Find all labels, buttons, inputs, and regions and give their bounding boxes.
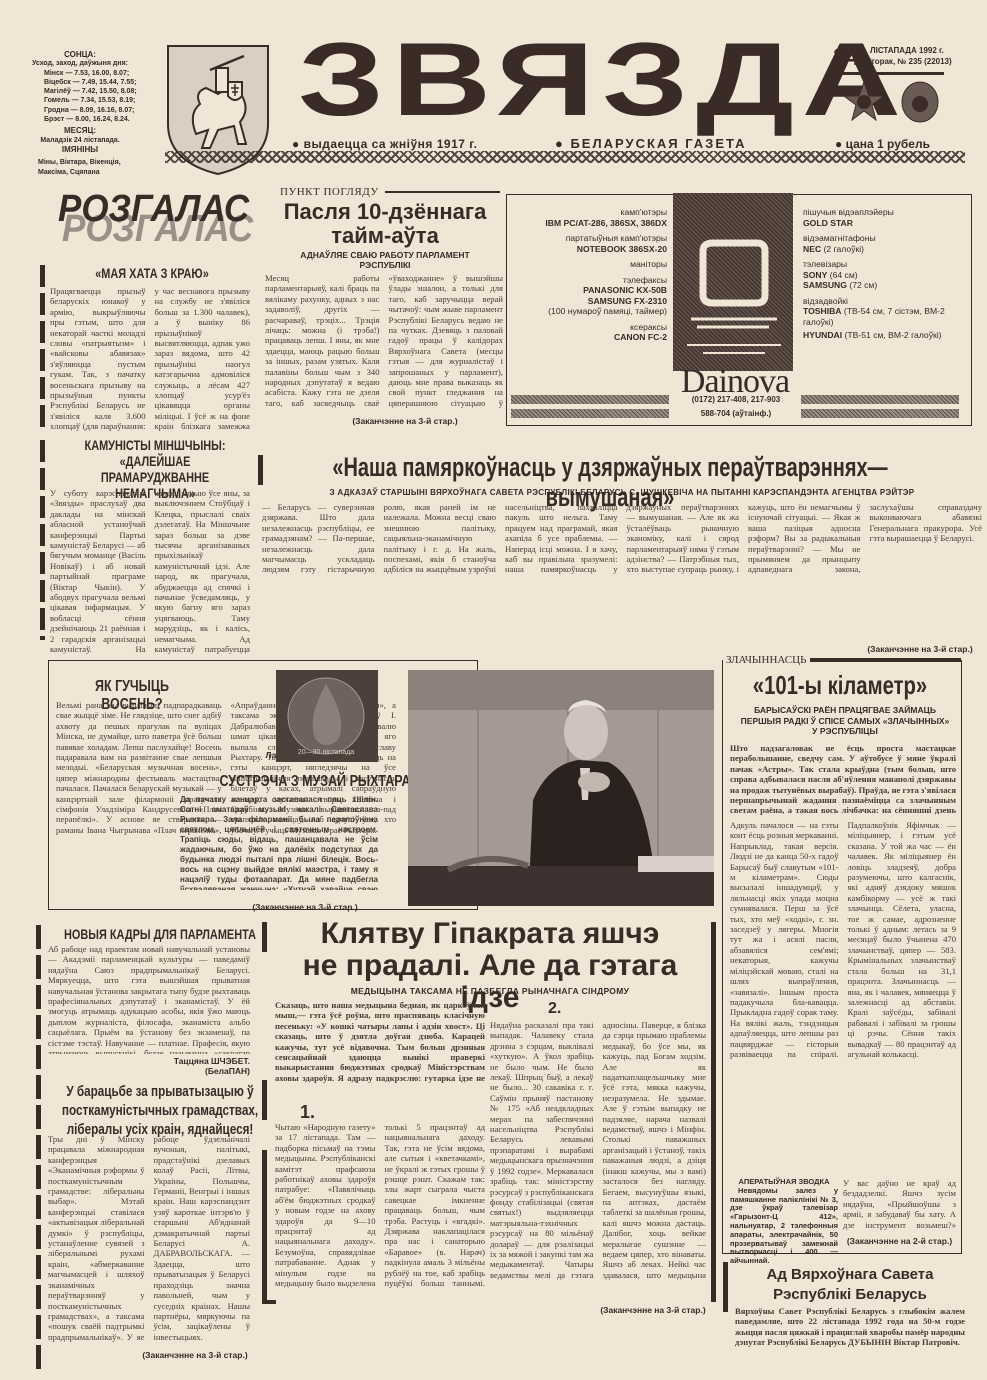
ad-note: (64 см) (830, 270, 858, 280)
ad-note: (ТВ-51 см, ВМ-2 галоўкі) (845, 330, 942, 340)
ad-label: ксераксы (511, 322, 667, 333)
column-rule (40, 265, 45, 430)
ad-label: відзадвойкі (803, 296, 971, 307)
issue-rule (840, 72, 944, 75)
klyatvu-title-line1: Клятву Гіпакрата яшчэ (270, 918, 710, 950)
ornament-band (165, 151, 965, 163)
masthead-since: ● выдаецца са жніўня 1917 г. (292, 137, 477, 151)
ad-value: NOTEBOOK 386SX-20 (511, 244, 667, 255)
order-star-icon (842, 80, 886, 124)
sustrecha-body: Да пачатку канцэрта заставалася пяць хві… (180, 795, 378, 890)
operative-summary: АПЕРАТЫЎНАЯ ЗВОДКА Невядомы залез у памя… (730, 1178, 838, 1266)
nasha-subtitle: З АДКАЗАЎ СТАРШЫНІ ВЯРХОЎНАГА САВЕТА РЭС… (262, 488, 982, 497)
ad-label: тэлевізары (803, 259, 971, 270)
punkt-rubric-rule (385, 191, 500, 193)
ad-value-row: NEC (2 галоўкі) (803, 244, 971, 255)
zlachynnasc-title: «101-ы кіламетр» (723, 670, 957, 700)
section-number-1: 1. (300, 1102, 315, 1123)
issue-day: 24 (833, 44, 860, 72)
ad-label: партатыўныя камп'ютэры (511, 233, 667, 244)
ad-value: TOSHIBA (803, 306, 842, 316)
column-rule-bottom (262, 1300, 276, 1304)
barachbe-title: У барацьбе за прыватызацыю ў посткамуніс… (59, 1082, 262, 1139)
punkt-continuation: (Заканчэнне на 3-й стар.) (310, 416, 500, 426)
festival-badge-photo: 20—30 лістапада (276, 670, 378, 762)
rozgalas-title: «МАЯ ХАТА З КРАЮ» (74, 265, 230, 281)
ad-right-list: пішучыя відэаплэйеры GOLD STAR відэамагн… (803, 207, 971, 341)
novyya-signature: Таццяна ШЧЭБЕТ. (БелаПАН) (150, 1056, 250, 1076)
nasha-continuation: (Заканчэнне на 3-й стар.) (860, 644, 980, 654)
zlachynnasc-subtitle: БАРЫСАЎСКІ РАЁН ПРАЦЯГВАЕ ЗАЙМАЦЬ ПЕРШЫЯ… (740, 705, 950, 737)
ad-label: відэамагнітафоны (803, 233, 971, 244)
column-rule (723, 1262, 728, 1312)
ad-value-row: TOSHIBA (ТВ-54 см, 7 сістэм, ВМ-2 галоўк… (803, 306, 971, 327)
rozgalas-rubric: РОЗГАЛАС РОЗГАЛАС (58, 188, 248, 252)
punkt-body: Месяц работы парламентарыяў, калі браць … (265, 273, 503, 411)
masthead-price: ● цана 1 рубель (835, 137, 930, 151)
novyya-title: НОВЫЯ КАДРЫ ДЛЯ ПАРЛАМЕНТА (59, 926, 262, 942)
klyatvu-section-2: Нядаўна расказалі пра такі выпадак. Чала… (490, 1020, 706, 1290)
column-rule (711, 922, 716, 1302)
names-title: ІМЯНІНЫ (10, 145, 150, 154)
svg-text:20—30 лістапада: 20—30 лістапада (298, 748, 354, 756)
ad-note: (2 галоўкі) (824, 244, 864, 254)
names-text: Міны, Віктара, Вікенція, Максіма, Сцяпан… (10, 158, 150, 177)
sustrecha-title: СУСТРЭЧА З МУЗАЙ РЫХТАРА (210, 773, 421, 791)
punkt-subtitle: АДНАЎЛЯЕ СВАЮ РАБОТУ ПАРЛАМЕНТ РЭСПУБЛІК… (300, 250, 470, 270)
city-brest: Брэст — 8.00, 16.24, 8.24. (44, 115, 150, 124)
section-number-2: 2. (548, 1000, 561, 1018)
city-minsk: Мінск — 7.53, 16.00, 8.07; (44, 69, 150, 78)
zlachynnasc-tail: У вас даўно не краў ад бездадзелкі. Яшчэ… (843, 1178, 956, 1230)
ad-value: PANASONIC KX-50B SAMSUNG FX-2310 (511, 285, 667, 306)
ad-left-list: камп'ютэры IBM PC/AT-286, 386SX, 386DX п… (511, 207, 667, 343)
masthead-title: ЗВЯЗДА (298, 28, 909, 132)
column-rule (262, 1080, 267, 1120)
city-mahilyou: Магілёў — 7.42, 15.50, 8.08; (44, 87, 150, 96)
ad-note: (72 см) (849, 280, 877, 290)
barachbe-continuation: (Заканчэнне на 3-й стар.) (140, 1350, 250, 1360)
obituary-body: Вярхоўны Савет Рэспублікі Беларусь з глы… (735, 1306, 965, 1350)
ad-value-row: SONY (64 см) (803, 270, 971, 281)
ad-value: GOLD STAR (803, 218, 971, 229)
column-rule (40, 440, 45, 640)
nasha-body: — Беларусь — суверэнная дзяржава. Што да… (262, 502, 982, 640)
sustrecha-continuation: (Заканчэнне на 3-й стар.) (230, 902, 380, 912)
ad-label: пішучыя відэаплэйеры (803, 207, 971, 218)
masthead-tagline: ● БЕЛАРУСКАЯ ГАЗЕТА (555, 136, 747, 151)
novyya-body: Аб рабоце над праектам новай навучальнай… (48, 944, 250, 1054)
dainova-ad: камп'ютэры IBM PC/AT-286, 386SX, 386DX п… (506, 194, 972, 426)
klyatvu-lead: Сказаць, што наша медыцына бедная, як ца… (275, 1000, 485, 1084)
order-lenin-icon (900, 80, 940, 124)
klyatvu-continuation: (Заканчэнне на 3-й стар.) (600, 1305, 706, 1315)
punkt-rubric-label: ПУНКТ ПОГЛЯДУ (280, 186, 379, 198)
city-hrodna: Гродна — 8.09, 16.16, 8.07; (44, 106, 150, 115)
punkt-rubric: ПУНКТ ПОГЛЯДУ (280, 186, 500, 198)
ad-value-row: SAMSUNG (72 см) (803, 280, 971, 291)
city-homel: Гомель — 7.34, 15.53, 8.19; (44, 96, 150, 105)
computer-monitor-icon (673, 193, 793, 371)
city-times: Мінск — 7.53, 16.00, 8.07; Віцебск — 7.4… (10, 69, 150, 125)
ad-value: CANON FC-2 (511, 332, 667, 343)
column-rule (258, 455, 263, 485)
rozgalas-body: Працягваецца прызыў беларускіх юнакоў у … (50, 286, 250, 436)
obituary-title-line2: Рэспублікі Беларусь (730, 1286, 970, 1303)
richter-photo (408, 670, 714, 906)
ad-note: (100 нумароў памяці, таймер) (511, 306, 667, 317)
column-rule (262, 1150, 267, 1300)
sun-subtitle: Усход, заход, даўжыня дня: (10, 59, 150, 68)
city-vitsebsk: Віцебск — 7.49, 15.44, 7.55; (44, 78, 150, 87)
ad-value: SONY (803, 270, 827, 280)
column-rule (36, 925, 41, 1375)
almanac: СОНЦА: Усход, заход, даўжыня дня: Мінск … (10, 50, 150, 177)
klyatvu-section-1: Чытаю «Народную газету» за 17 лістапада.… (275, 1122, 485, 1297)
punkt-title: Пасля 10-дзённага тайм-аўта (265, 200, 505, 248)
ad-stripe (801, 409, 959, 418)
moon-title: МЕСЯЦ: (10, 126, 150, 135)
ad-value: SAMSUNG (803, 280, 847, 290)
moon-text: Маладзік 24 лістапада. (10, 136, 150, 145)
kamunisty-body: У суботу карэспандэнт «Звязды» праслухаў… (50, 488, 250, 656)
ad-label: тэлефаксы (511, 275, 667, 286)
zlachynnasc-continuation: (Заканчэнне на 2-й стар.) (843, 1236, 956, 1246)
sun-title: СОНЦА: (10, 50, 150, 59)
ad-value: NEC (803, 244, 821, 254)
ad-value: IBM PC/AT-286, 386SX, 386DX (511, 218, 667, 229)
ad-label: камп'ютэры (511, 207, 667, 218)
issue-month-year: ЛІСТАПАДА 1992 г. (870, 46, 944, 55)
obituary-title-line1: Ад Вярхоўнага Савета (730, 1266, 970, 1283)
barachbe-body: Тры дні ў Мінску працавала міжнародная к… (48, 1134, 250, 1346)
ad-phone: (0172) 217-408, 217-903 (673, 395, 799, 404)
issue-number: аўторак, № 235 (22013) (862, 57, 952, 66)
ad-value-row: HYUNDAI (ТВ-51 см, ВМ-2 галоўкі) (803, 330, 971, 341)
zlachynnasc-lead: Што падзагаловак не ёсць проста мастацка… (730, 743, 956, 815)
klyatvu-subtitle: МЕДЫЦЫНА ТАКСАМА НЕ ПАЗБЕГЛА РЫНАЧНАГА С… (270, 986, 710, 996)
ad-label: маніторы (511, 259, 667, 270)
ad-value: HYUNDAI (803, 330, 842, 340)
zlachynnasc-body: Адкуль пачалося — на гэты конт ёсць розн… (730, 820, 956, 1175)
ad-phone-info: 588-704 (аўтаінф.) (673, 409, 799, 418)
column-rule (262, 922, 267, 952)
ad-stripe (511, 409, 669, 418)
rozgalas-rubric-text: РОЗГАЛАС (58, 188, 249, 231)
operative-summary-text: Невядомы залез у памяшканне паліклінікі … (730, 1187, 838, 1266)
ad-stripe (801, 395, 959, 404)
ad-stripe (511, 395, 669, 404)
